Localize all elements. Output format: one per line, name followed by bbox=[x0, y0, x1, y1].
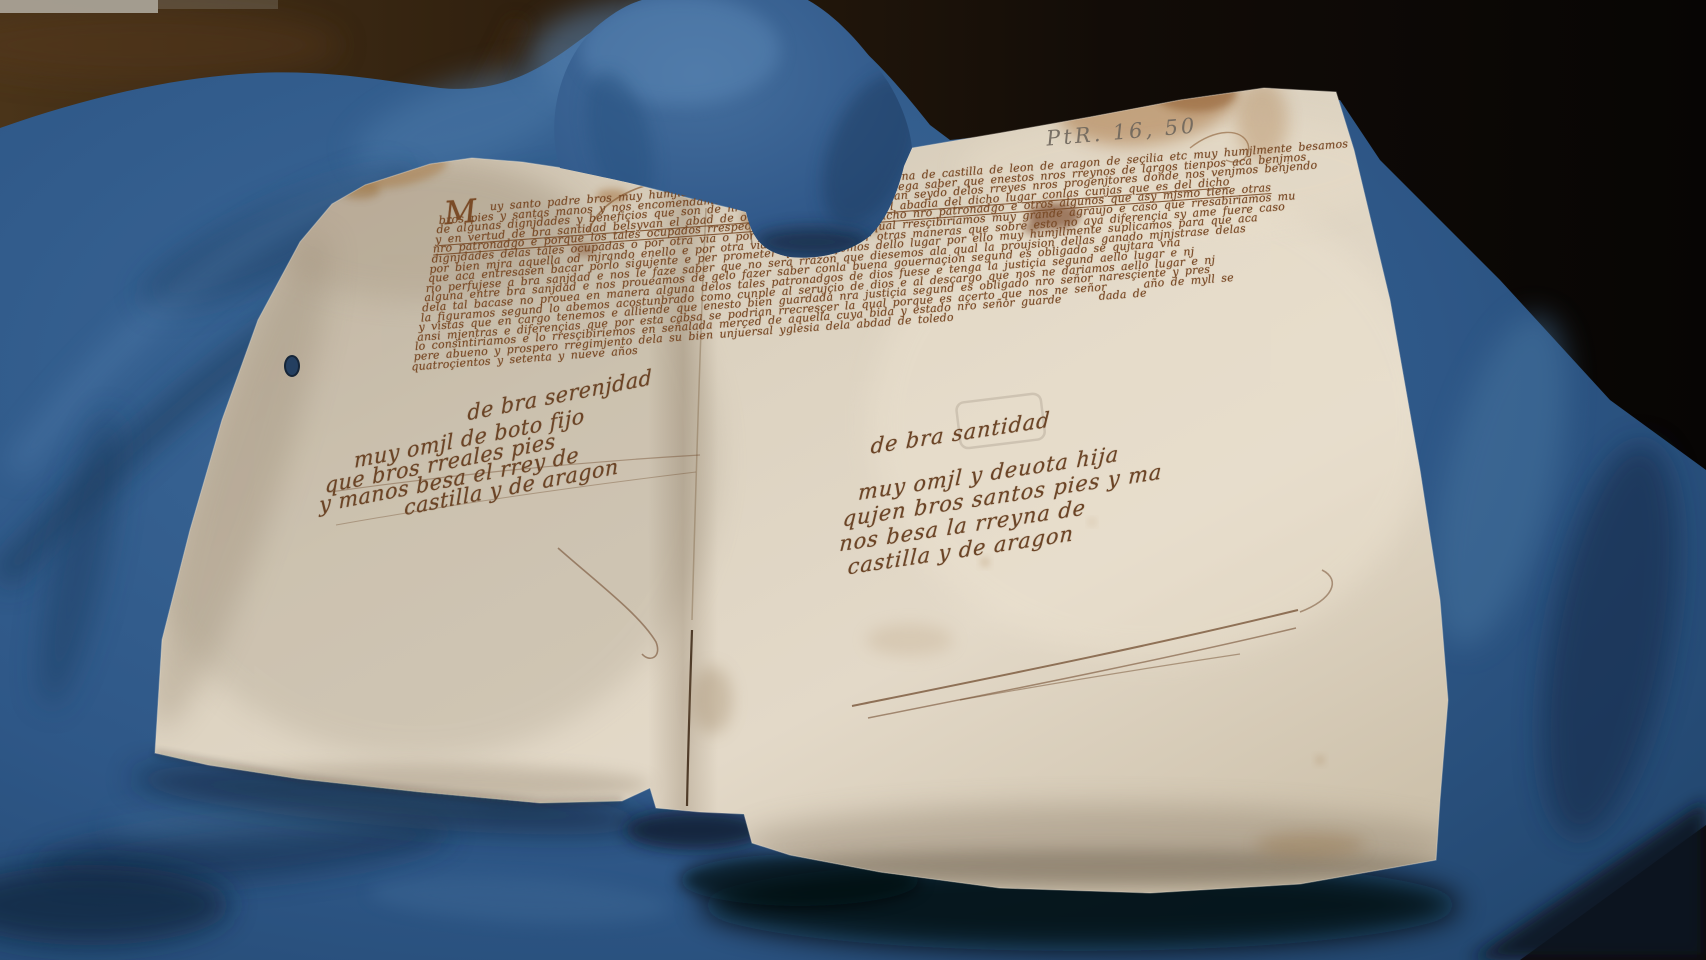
paper-hole bbox=[285, 356, 299, 376]
photo-scene: PtR. 16, 50 M uy santo padre bros muy hu… bbox=[0, 0, 1706, 960]
light-streak bbox=[0, 0, 158, 13]
